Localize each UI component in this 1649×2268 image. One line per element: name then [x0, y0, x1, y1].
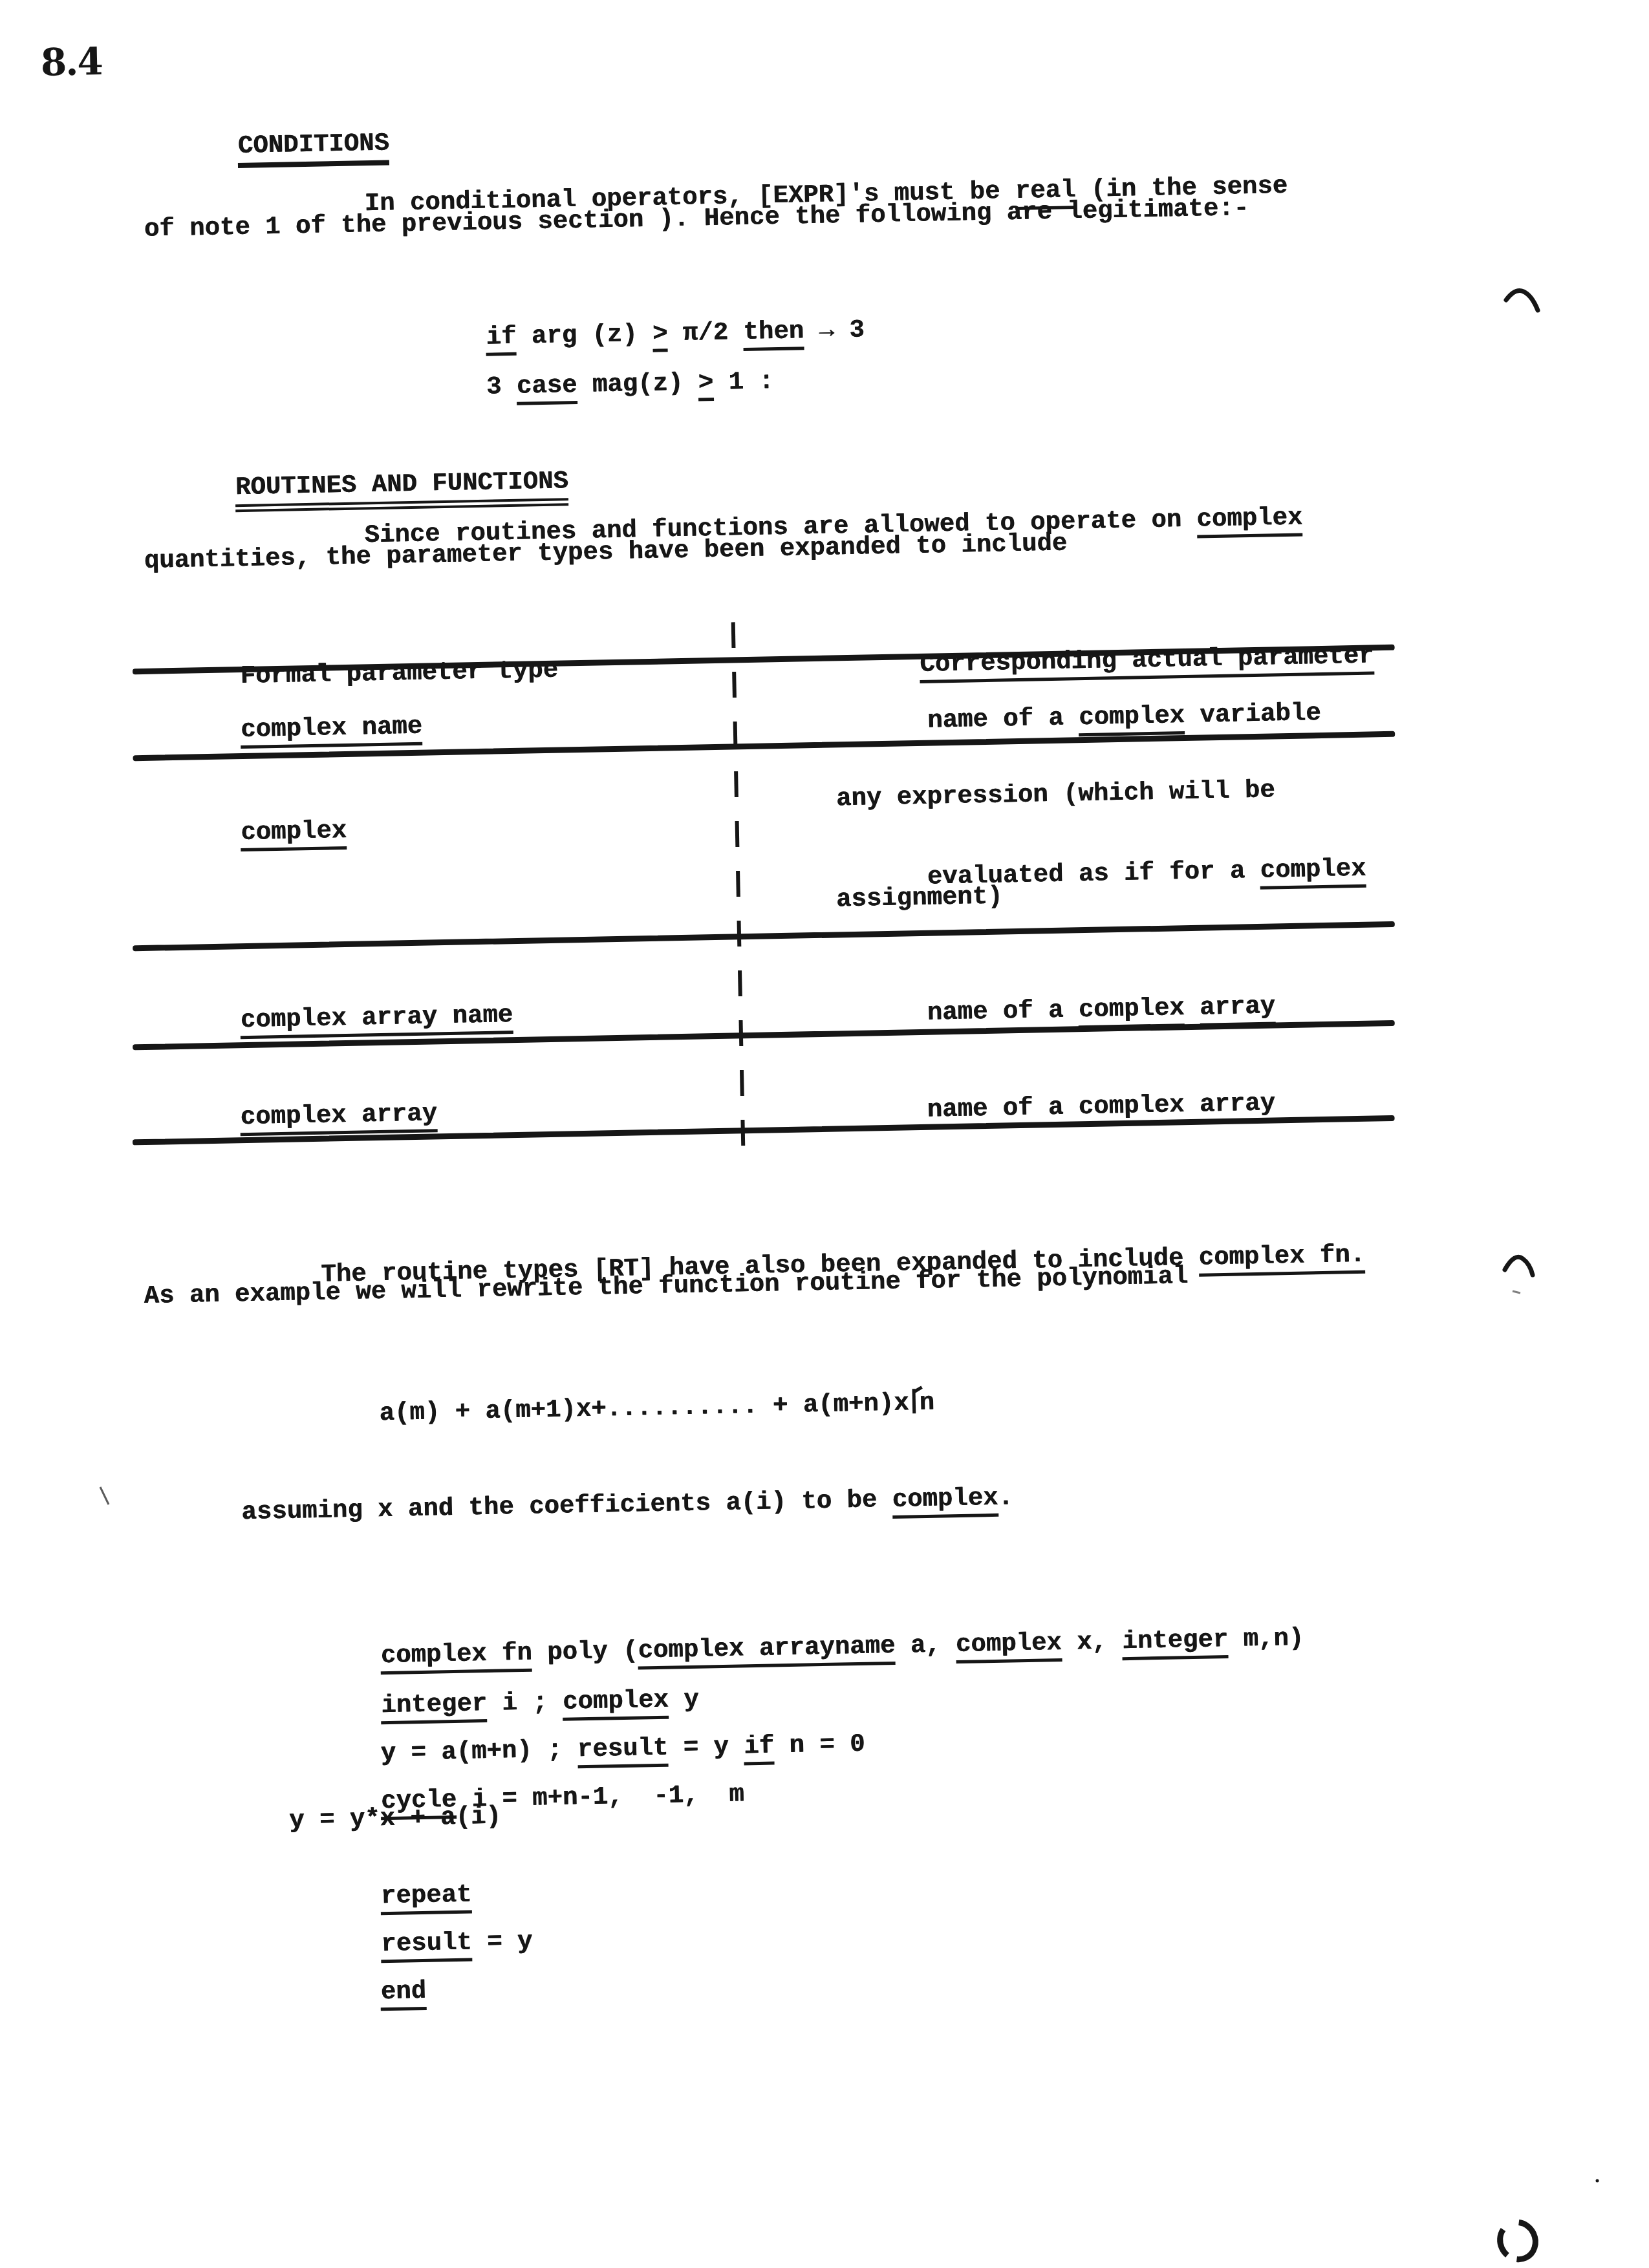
underlined-term: complex	[1079, 701, 1185, 736]
table-row2-right-line-1: any expression (which will be	[836, 775, 1275, 813]
keyword-integer: integer	[1122, 1625, 1229, 1660]
keyword-complex: complex	[956, 1629, 1062, 1664]
text-segment: name of a	[927, 996, 1079, 1027]
text-segment	[1184, 994, 1200, 1022]
underlined-term: complex	[1260, 855, 1366, 890]
formal-parameter-type: complex array	[240, 1099, 437, 1136]
table-column-divider	[731, 622, 746, 1159]
underlined-term: array	[1200, 992, 1276, 1026]
polynomial-formula: a(m) + a(m+1)x+.......... + a(m+n)xn	[288, 1358, 935, 1460]
table-row3-left: complex array name	[149, 970, 513, 1067]
code-line-8: end	[289, 1947, 427, 2038]
text-segment: x,	[1061, 1627, 1122, 1657]
formal-parameter-type: complex	[241, 817, 347, 851]
table-row1-right: name of a complex variable	[835, 669, 1321, 767]
example-statement-2: 3 case mag(z) > 1 :	[394, 337, 775, 433]
text-segment: a,	[895, 1631, 956, 1660]
scanned-document-page: 8.4 CONDITIONS In conditional operators,…	[0, 0, 1649, 2268]
underlined-term: complex	[1078, 994, 1185, 1029]
keyword-end: end	[380, 1977, 426, 2011]
table-row2-left: complex	[149, 786, 347, 879]
text-segment: mag(z)	[577, 369, 698, 400]
jump-arrow: → 3	[804, 316, 865, 345]
keyword-case: case	[516, 371, 577, 405]
typed-content: 8.4 CONDITIONS In conditional operators,…	[0, 0, 1649, 2267]
page-number: 8.4	[40, 39, 102, 85]
underlined-term: complex	[1196, 503, 1303, 538]
table-row3-right: name of a complex array	[835, 961, 1276, 1059]
greater-equal-sign: >	[698, 369, 713, 401]
text-segment: n = 0	[774, 1730, 865, 1760]
table-row1-left: complex name	[149, 682, 423, 776]
text-segment: m,n)	[1228, 1624, 1304, 1654]
formal-parameter-type: complex array name	[240, 1001, 513, 1039]
text-segment: variable	[1184, 699, 1320, 730]
formula-text: a(m) + a(m+1)x+.......... + a(m+n)x	[379, 1389, 909, 1428]
table-row4-right: name of a complex array	[835, 1058, 1276, 1156]
text-segment: 3	[486, 372, 517, 401]
underlined-term: complex	[892, 1484, 998, 1519]
keyword-if: if	[744, 1732, 775, 1766]
exponent-arrow-icon	[909, 1389, 920, 1413]
table-row2-right-line-3: assignment)	[836, 881, 1003, 914]
text-segment: = y	[471, 1927, 532, 1957]
text-segment	[1184, 1091, 1200, 1119]
text-segment: .	[998, 1483, 1013, 1512]
text-segment: name of a	[927, 1093, 1079, 1124]
text-segment: 1 :	[713, 367, 774, 397]
table-rule-3	[133, 921, 1395, 951]
exponent-value: n	[919, 1389, 934, 1417]
text-segment: name of a	[927, 703, 1079, 734]
table-row4-left: complex array	[149, 1069, 438, 1164]
text-segment: assuming x and the coefficients a(i) to …	[241, 1486, 892, 1526]
code-line-5: y = y*x + a(i)	[289, 1802, 501, 1835]
assuming-paragraph: assuming x and the coefficients a(i) to …	[150, 1453, 1014, 1559]
formal-parameter-type: complex name	[241, 712, 423, 749]
underlined-term: complex fn.	[1198, 1241, 1365, 1277]
